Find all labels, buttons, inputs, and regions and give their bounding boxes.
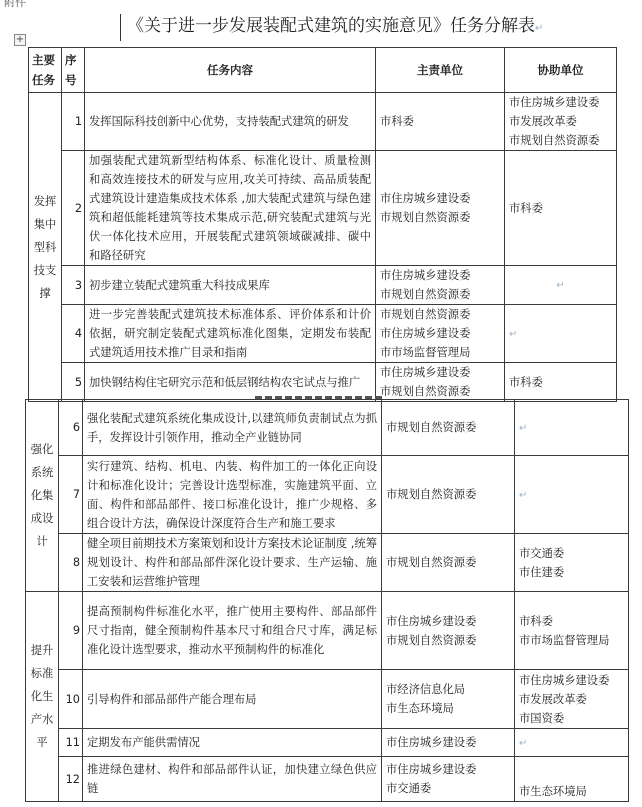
header-seq-line1: 序	[65, 50, 81, 70]
paragraph-mark-icon: ↵	[519, 490, 527, 501]
table-row: 4 进一步完善装配式建筑技术标准体系、评价体系和计价依据，研究制定装配式建筑标准…	[29, 305, 617, 363]
lead-unit-cell: 市住房城乡建设委 市规划自然资源委	[376, 363, 505, 402]
group-name-line: 系统	[29, 461, 55, 484]
lead-unit-cell: 市住房城乡建设委 市规划自然资源委	[382, 592, 515, 670]
group-cell-tech-support: 发挥 集中 型科 技支 撑	[29, 93, 62, 402]
header-seq: 序 号	[62, 48, 85, 93]
assist-unit: 市住房城乡建设委	[519, 671, 624, 690]
attachment-label: 附件	[4, 0, 26, 10]
group-name-line: 型科	[32, 236, 58, 259]
content-cell: 健全项目前期技术方案策划和设计方案技术论证制度 ,统筹规划设计、构件和部品部件深…	[83, 534, 382, 592]
seq-cell: 8	[59, 534, 83, 592]
lead-unit-cell: 市经济信息化局 市生态环境局	[382, 670, 515, 729]
lead-unit: 市规划自然资源委	[386, 631, 510, 650]
assist-unit-cell: 市科委	[505, 151, 617, 266]
assist-unit-cell: ↵	[505, 305, 617, 363]
content-cell: 进一步完善装配式建筑技术标准体系、评价体系和计价依据，研究制定装配式建筑标准化图…	[85, 305, 376, 363]
lead-unit-cell: 市规划自然资源委	[382, 534, 515, 592]
assist-unit: 市国资委	[519, 709, 624, 728]
lead-unit-cell: 市规划自然资源委	[382, 456, 515, 534]
lead-unit-cell: 市住房城乡建设委 市交通委	[382, 757, 515, 802]
table-header-row: 主要 任务 序 号 任务内容 主责单位 协助单位	[29, 48, 617, 93]
assist-unit: 市发展改革委	[509, 112, 612, 131]
assist-unit: 市规划自然资源委	[509, 131, 612, 150]
lead-unit: 市生态环境局	[386, 699, 510, 718]
lead-unit: 市住房城乡建设委	[386, 612, 510, 631]
lead-unit: 市规划自然资源委	[386, 553, 510, 572]
assist-unit-cell: ↵	[505, 266, 617, 305]
assist-unit-cell: 市交通委 市住建委	[515, 534, 629, 592]
lead-unit-cell: 市住房城乡建设委 市规划自然资源委	[376, 151, 505, 266]
seq-cell: 12	[59, 757, 83, 802]
table-row: 提升 标准 化生 产水 平 9 提高预制构件标准化水平，推广使用主要构件、部品部…	[26, 592, 629, 670]
lead-unit: 市规划自然资源委	[386, 485, 510, 504]
seq-cell: 5	[62, 363, 85, 402]
group-name-line: 集中	[32, 213, 58, 236]
content-cell: 实行建筑、结构、机电、内装、构件加工的一体化正向设计和标准化设计；完善设计选型标…	[83, 456, 382, 534]
group-name-line: 计	[29, 530, 55, 553]
paragraph-mark-icon: ↵	[519, 423, 527, 434]
content-cell: 强化装配式建筑系统化集成设计,以建筑师负责制试点为抓手，发挥设计引领作用，推动全…	[83, 400, 382, 456]
lead-unit-cell: 市科委	[376, 93, 505, 151]
header-main-task-line1: 主要	[32, 50, 58, 70]
table-row: 12 推进绿色建材、构件和部品部件认证，加快建立绿色供应链 市住房城乡建设委 市…	[26, 757, 629, 802]
group-name-line: 发挥	[32, 190, 58, 213]
assist-unit: 市生态环境局	[519, 782, 624, 801]
paragraph-mark-icon: ↵	[519, 738, 527, 749]
lead-unit: 市住房城乡建设委	[380, 266, 500, 285]
header-lead-unit: 主责单位	[376, 48, 505, 93]
header-assist-unit: 协助单位	[505, 48, 617, 93]
lead-unit-cell: 市住房城乡建设委	[382, 729, 515, 757]
lead-unit: 市住房城乡建设委	[386, 760, 510, 779]
document-title: 《关于进一步发展装配式建筑的实施意见》任务分解表↵	[120, 14, 547, 41]
content-cell: 推进绿色建材、构件和部品部件认证，加快建立绿色供应链	[83, 757, 382, 802]
task-table-part-1: 主要 任务 序 号 任务内容 主责单位 协助单位 发挥 集中 型科 技支 撑 1…	[28, 47, 617, 402]
group-name-line: 平	[29, 731, 55, 754]
lead-unit: 市住房城乡建设委	[380, 363, 500, 382]
group-name-line: 产水	[29, 708, 55, 731]
lead-unit: 市住房城乡建设委	[380, 189, 500, 208]
group-name-line: 技支	[32, 259, 58, 282]
lead-unit: 市规划自然资源委	[380, 305, 500, 324]
assist-unit: 市交通委	[519, 544, 624, 563]
assist-unit-cell: 市住房城乡建设委 市发展改革委 市国资委	[515, 670, 629, 729]
seq-cell: 2	[62, 151, 85, 266]
group-name-line: 成设	[29, 507, 55, 530]
content-cell: 提高预制构件标准化水平，推广使用主要构件、部品部件尺寸指南，健全预制构件基本尺寸…	[83, 592, 382, 670]
assist-unit: 市住建委	[519, 563, 624, 582]
lead-unit: 市住房城乡建设委	[386, 733, 510, 752]
table-row: 11 定期发布产能供需情况 市住房城乡建设委 ↵	[26, 729, 629, 757]
table-row: 10 引导构件和部品部件产能合理布局 市经济信息化局 市生态环境局 市住房城乡建…	[26, 670, 629, 729]
lead-unit-cell: 市规划自然资源委	[382, 400, 515, 456]
paragraph-mark-icon: ↵	[509, 329, 517, 340]
header-main-task-line2: 任务	[32, 70, 58, 90]
lead-unit-cell: 市规划自然资源委 市住房城乡建设委 市市场监督管理局	[376, 305, 505, 363]
content-cell: 引导构件和部品部件产能合理布局	[83, 670, 382, 729]
assist-unit-cell: ↵	[515, 456, 629, 534]
table-row: 发挥 集中 型科 技支 撑 1 发挥国际科技创新中心优势，支持装配式建筑的研发 …	[29, 93, 617, 151]
table-move-handle-icon[interactable]: +	[14, 34, 26, 46]
lead-unit: 市住房城乡建设委	[380, 324, 500, 343]
assist-unit: 市发展改革委	[519, 690, 624, 709]
seq-cell: 7	[59, 456, 83, 534]
assist-unit-cell: ↵	[515, 400, 629, 456]
assist-unit-cell: ↵	[515, 729, 629, 757]
header-seq-line2: 号	[65, 70, 81, 90]
group-cell-standardized-production: 提升 标准 化生 产水 平	[26, 592, 59, 802]
content-cell: 加强装配式建筑新型结构体系、标准化设计、质量检测和高效连接技术的研发与应用,攻关…	[85, 151, 376, 266]
group-cell-integrated-design: 强化 系统 化集 成设 计	[26, 400, 59, 592]
header-content: 任务内容	[85, 48, 376, 93]
group-name-line: 标准	[29, 662, 55, 685]
table-row: 3 初步建立装配式建筑重大科技成果库 市住房城乡建设委 市规划自然资源委 ↵	[29, 266, 617, 305]
seq-cell: 4	[62, 305, 85, 363]
lead-unit: 市规划自然资源委	[380, 208, 500, 227]
lead-unit: 市交通委	[386, 779, 510, 798]
header-main-task: 主要 任务	[29, 48, 62, 93]
assist-unit-cell: 市住房城乡建设委 市发展改革委 市规划自然资源委	[505, 93, 617, 151]
group-name-line: 化集	[29, 484, 55, 507]
assist-unit: 市市场监督管理局	[519, 631, 624, 650]
seq-cell: 3	[62, 266, 85, 305]
group-name-line: 化生	[29, 685, 55, 708]
content-cell: 初步建立装配式建筑重大科技成果库	[85, 266, 376, 305]
assist-unit-cell: 市生态环境局	[515, 757, 629, 802]
content-cell: 发挥国际科技创新中心优势，支持装配式建筑的研发	[85, 93, 376, 151]
lead-unit: 市经济信息化局	[386, 680, 510, 699]
lead-unit: 市规划自然资源委	[380, 285, 500, 304]
table-row: 2 加强装配式建筑新型结构体系、标准化设计、质量检测和高效连接技术的研发与应用,…	[29, 151, 617, 266]
lead-unit: 市规划自然资源委	[386, 418, 510, 437]
document-title-text: 《关于进一步发展装配式建筑的实施意见》任务分解表	[127, 16, 535, 36]
group-name-line: 提升	[29, 639, 55, 662]
lead-unit-cell: 市住房城乡建设委 市规划自然资源委	[376, 266, 505, 305]
assist-unit: 市住房城乡建设委	[509, 93, 612, 112]
assist-unit-cell: 市科委	[505, 363, 617, 402]
seq-cell: 1	[62, 93, 85, 151]
assist-unit: 市科委	[519, 612, 624, 631]
table-row: 8 健全项目前期技术方案策划和设计方案技术论证制度 ,统筹规划设计、构件和部品部…	[26, 534, 629, 592]
group-name-line: 撑	[32, 282, 58, 305]
content-cell: 定期发布产能供需情况	[83, 729, 382, 757]
paragraph-mark-icon: ↵	[535, 23, 543, 34]
seq-cell: 11	[59, 729, 83, 757]
seq-cell: 9	[59, 592, 83, 670]
task-table-part-2: 强化 系统 化集 成设 计 6 强化装配式建筑系统化集成设计,以建筑师负责制试点…	[25, 399, 629, 802]
seq-cell: 10	[59, 670, 83, 729]
assist-unit: 市科委	[509, 199, 612, 218]
table-row: 强化 系统 化集 成设 计 6 强化装配式建筑系统化集成设计,以建筑师负责制试点…	[26, 400, 629, 456]
group-name-line: 强化	[29, 438, 55, 461]
assist-unit-cell: 市科委 市市场监督管理局	[515, 592, 629, 670]
table-row: 7 实行建筑、结构、机电、内装、构件加工的一体化正向设计和标准化设计；完善设计选…	[26, 456, 629, 534]
paragraph-mark-icon: ↵	[556, 280, 564, 291]
assist-unit: 市科委	[509, 373, 612, 392]
lead-unit: 市科委	[380, 112, 500, 131]
lead-unit: 市市场监督管理局	[380, 343, 500, 362]
seq-cell: 6	[59, 400, 83, 456]
